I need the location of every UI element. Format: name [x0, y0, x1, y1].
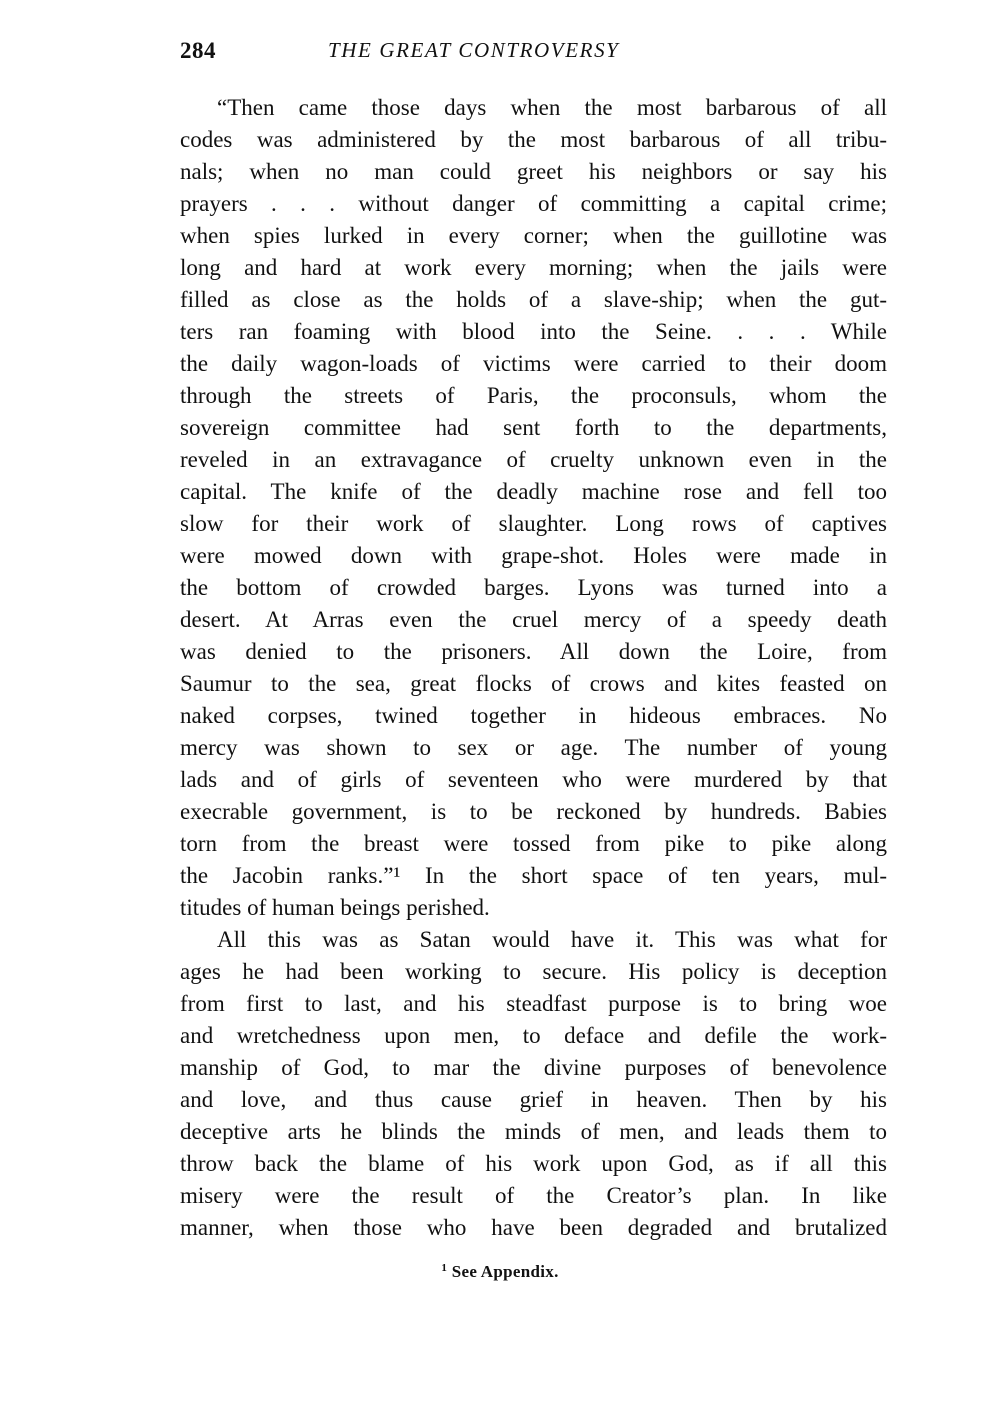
text-line: long and hard at work every morning; whe…	[180, 252, 887, 284]
text-line: desert. At Arras even the cruel mercy of…	[180, 604, 887, 636]
text-line: sovereign committee had sent forth to th…	[180, 412, 887, 444]
body-text: “Then came those days when the most barb…	[180, 92, 887, 1244]
text-line: lads and of girls of seventeen who were …	[180, 764, 887, 796]
text-line: codes was administered by the most barba…	[180, 124, 887, 156]
text-line: misery were the result of the Creator’s …	[180, 1180, 887, 1212]
text-line: throw back the blame of his work upon Go…	[180, 1148, 887, 1180]
text-line: ages he had been working to secure. His …	[180, 956, 887, 988]
text-line: slow for their work of slaughter. Long r…	[180, 508, 887, 540]
text-line: titudes of human beings perished.	[180, 892, 887, 924]
page-header: 284 THE GREAT CONTROVERSY	[180, 38, 887, 68]
text-line: deceptive arts he blinds the minds of me…	[180, 1116, 887, 1148]
page-number: 284	[180, 38, 216, 64]
text-line: prayers . . . without danger of committi…	[180, 188, 887, 220]
text-line: was denied to the prisoners. All down th…	[180, 636, 887, 668]
text-line: through the streets of Paris, the procon…	[180, 380, 887, 412]
text-line: “Then came those days when the most barb…	[180, 92, 887, 124]
paragraph: All this was as Satan would have it. Thi…	[180, 924, 887, 1244]
text-line: the Jacobin ranks.”¹ In the short space …	[180, 860, 887, 892]
text-line: the bottom of crowded barges. Lyons was …	[180, 572, 887, 604]
text-line: nals; when no man could greet his neighb…	[180, 156, 887, 188]
text-line: and love, and thus cause grief in heaven…	[180, 1084, 887, 1116]
text-line: filled as close as the holds of a slave-…	[180, 284, 887, 316]
text-line: manship of God, to mar the divine purpos…	[180, 1052, 887, 1084]
footnote: 1 See Appendix.	[0, 1262, 1000, 1282]
text-line: manner, when those who have been degrade…	[180, 1212, 887, 1244]
text-line: the daily wagon-loads of victims were ca…	[180, 348, 887, 380]
book-page: 284 THE GREAT CONTROVERSY “Then came tho…	[0, 0, 1000, 1413]
text-line: All this was as Satan would have it. Thi…	[180, 924, 887, 956]
text-line: from first to last, and his steadfast pu…	[180, 988, 887, 1020]
footnote-text: See Appendix.	[452, 1262, 559, 1281]
text-line: when spies lurked in every corner; when …	[180, 220, 887, 252]
text-line: execrable government, is to be reckoned …	[180, 796, 887, 828]
text-line: ters ran foaming with blood into the Sei…	[180, 316, 887, 348]
footnote-marker: 1	[441, 1262, 447, 1274]
text-line: torn from the breast were tossed from pi…	[180, 828, 887, 860]
text-line: mercy was shown to sex or age. The numbe…	[180, 732, 887, 764]
text-line: were mowed down with grape-shot. Holes w…	[180, 540, 887, 572]
text-line: naked corpses, twined together in hideou…	[180, 700, 887, 732]
paragraph: “Then came those days when the most barb…	[180, 92, 887, 924]
text-line: and wretchedness upon men, to deface and…	[180, 1020, 887, 1052]
text-line: Saumur to the sea, great flocks of crows…	[180, 668, 887, 700]
running-title: THE GREAT CONTROVERSY	[328, 38, 619, 63]
text-line: reveled in an extravagance of cruelty un…	[180, 444, 887, 476]
text-line: capital. The knife of the deadly machine…	[180, 476, 887, 508]
